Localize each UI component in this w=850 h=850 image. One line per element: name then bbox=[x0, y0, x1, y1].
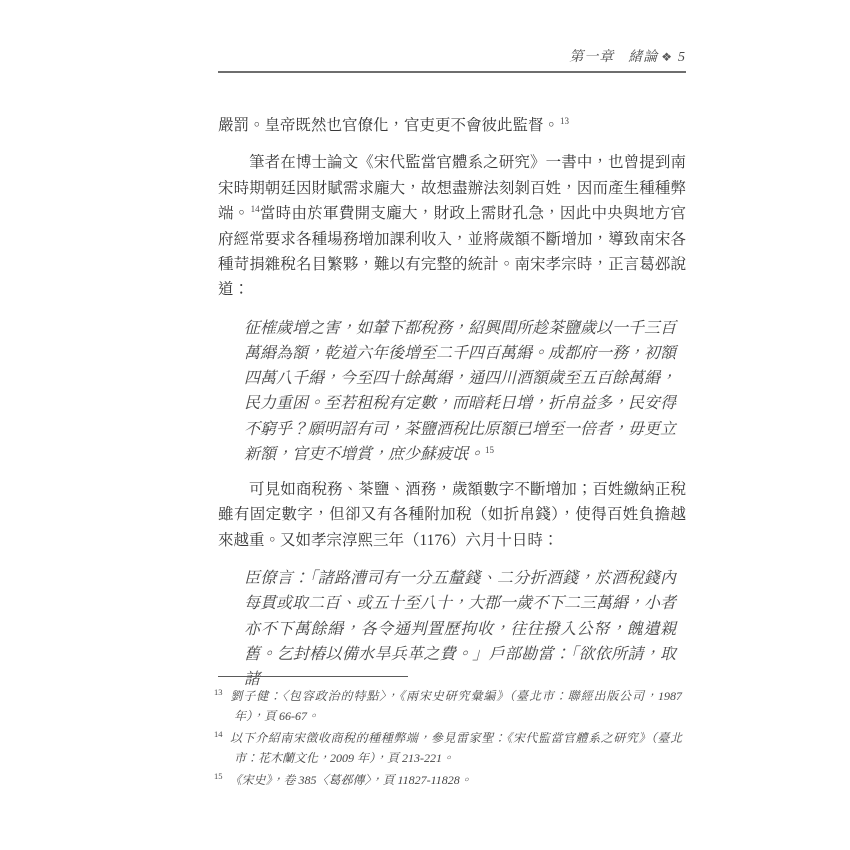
blockquote-ge-bi-memorial: 征榷歲增之害，如輦下都稅務，紹興間所趁茶鹽歲以一千三百萬緡為額，乾道六年後增至二… bbox=[244, 316, 676, 467]
paragraph-continuation-text: 嚴罰。皇帝既然也官僚化，官吏更不會彼此監督。 bbox=[218, 117, 559, 134]
section-label: 緒論 bbox=[628, 50, 658, 65]
paragraph-author-intro-text-cont: 當時由於軍費開支龐大，財政上需財孔急，因此中央與地方官府經常要求各種場務增加課利… bbox=[218, 205, 686, 298]
footnote-ref-14: 14 bbox=[251, 204, 260, 214]
running-head: 第一章緒論❖5 bbox=[218, 46, 686, 73]
footnote-14-text: 以下介紹南宋徵收商稅的種種弊端，參見雷家聖：《宋代監當官體系之研究》（臺北市：花… bbox=[230, 731, 683, 765]
footnote-ref-15: 15 bbox=[485, 445, 494, 455]
footnote-15: 15《宋史》，卷 385〈葛邲傳〉，頁 11827-11828。 bbox=[214, 770, 682, 790]
footnote-ref-13: 13 bbox=[560, 116, 569, 126]
chapter-label: 第一章 bbox=[569, 50, 614, 65]
blockquote-chunxi-text: 臣僚言：「諸路漕司有一分五釐錢、二分折酒錢，於酒稅錢內每貫或取二百、或五十至八十… bbox=[244, 570, 676, 688]
blockquote-ge-bi-text: 征榷歲增之害，如輦下都稅務，紹興間所趁茶鹽歲以一千三百萬緡為額，乾道六年後增至二… bbox=[244, 320, 676, 463]
footnote-15-text: 《宋史》，卷 385〈葛邲傳〉，頁 11827-11828。 bbox=[230, 773, 472, 787]
page-content: 嚴罰。皇帝既然也官僚化，官吏更不會彼此監督。13 筆者在博士論文《宋代監當官體系… bbox=[218, 73, 686, 692]
footnote-13-marker: 13 bbox=[214, 687, 223, 697]
page-number: 5 bbox=[678, 50, 686, 65]
footnote-13-text: 劉子健：〈包容政治的特點〉，《兩宋史研究彙編》（臺北市：聯經出版公司，1987 … bbox=[230, 689, 683, 723]
paragraph-continuation: 嚴罰。皇帝既然也官僚化，官吏更不會彼此監督。13 bbox=[218, 113, 686, 138]
blockquote-chunxi-edict: 臣僚言：「諸路漕司有一分五釐錢、二分折酒錢，於酒稅錢內每貫或取二百、或五十至八十… bbox=[244, 566, 676, 692]
footnote-separator bbox=[218, 676, 408, 677]
footnote-13: 13劉子健：〈包容政治的特點〉，《兩宋史研究彙編》（臺北市：聯經出版公司，198… bbox=[214, 686, 682, 726]
book-page: 第一章緒論❖5 嚴罰。皇帝既然也官僚化，官吏更不會彼此監督。13 筆者在博士論文… bbox=[0, 0, 850, 850]
footnote-14: 14以下介紹南宋徵收商稅的種種弊端，參見雷家聖：《宋代監當官體系之研究》（臺北市… bbox=[214, 728, 682, 768]
footnote-14-marker: 14 bbox=[214, 729, 223, 739]
footnote-15-marker: 15 bbox=[214, 771, 223, 781]
footnotes-section: 13劉子健：〈包容政治的特點〉，《兩宋史研究彙編》（臺北市：聯經出版公司，198… bbox=[214, 676, 682, 792]
paragraph-author-intro: 筆者在博士論文《宋代監當官體系之研究》一書中，也曾提到南宋時期朝廷因財賦需求龐大… bbox=[218, 150, 686, 302]
paragraph-commentary: 可見如商稅務、茶鹽、酒務，歲額數字不斷增加；百姓繳納正稅雖有固定數字，但卻又有各… bbox=[218, 477, 686, 553]
ornament-icon: ❖ bbox=[661, 50, 673, 64]
